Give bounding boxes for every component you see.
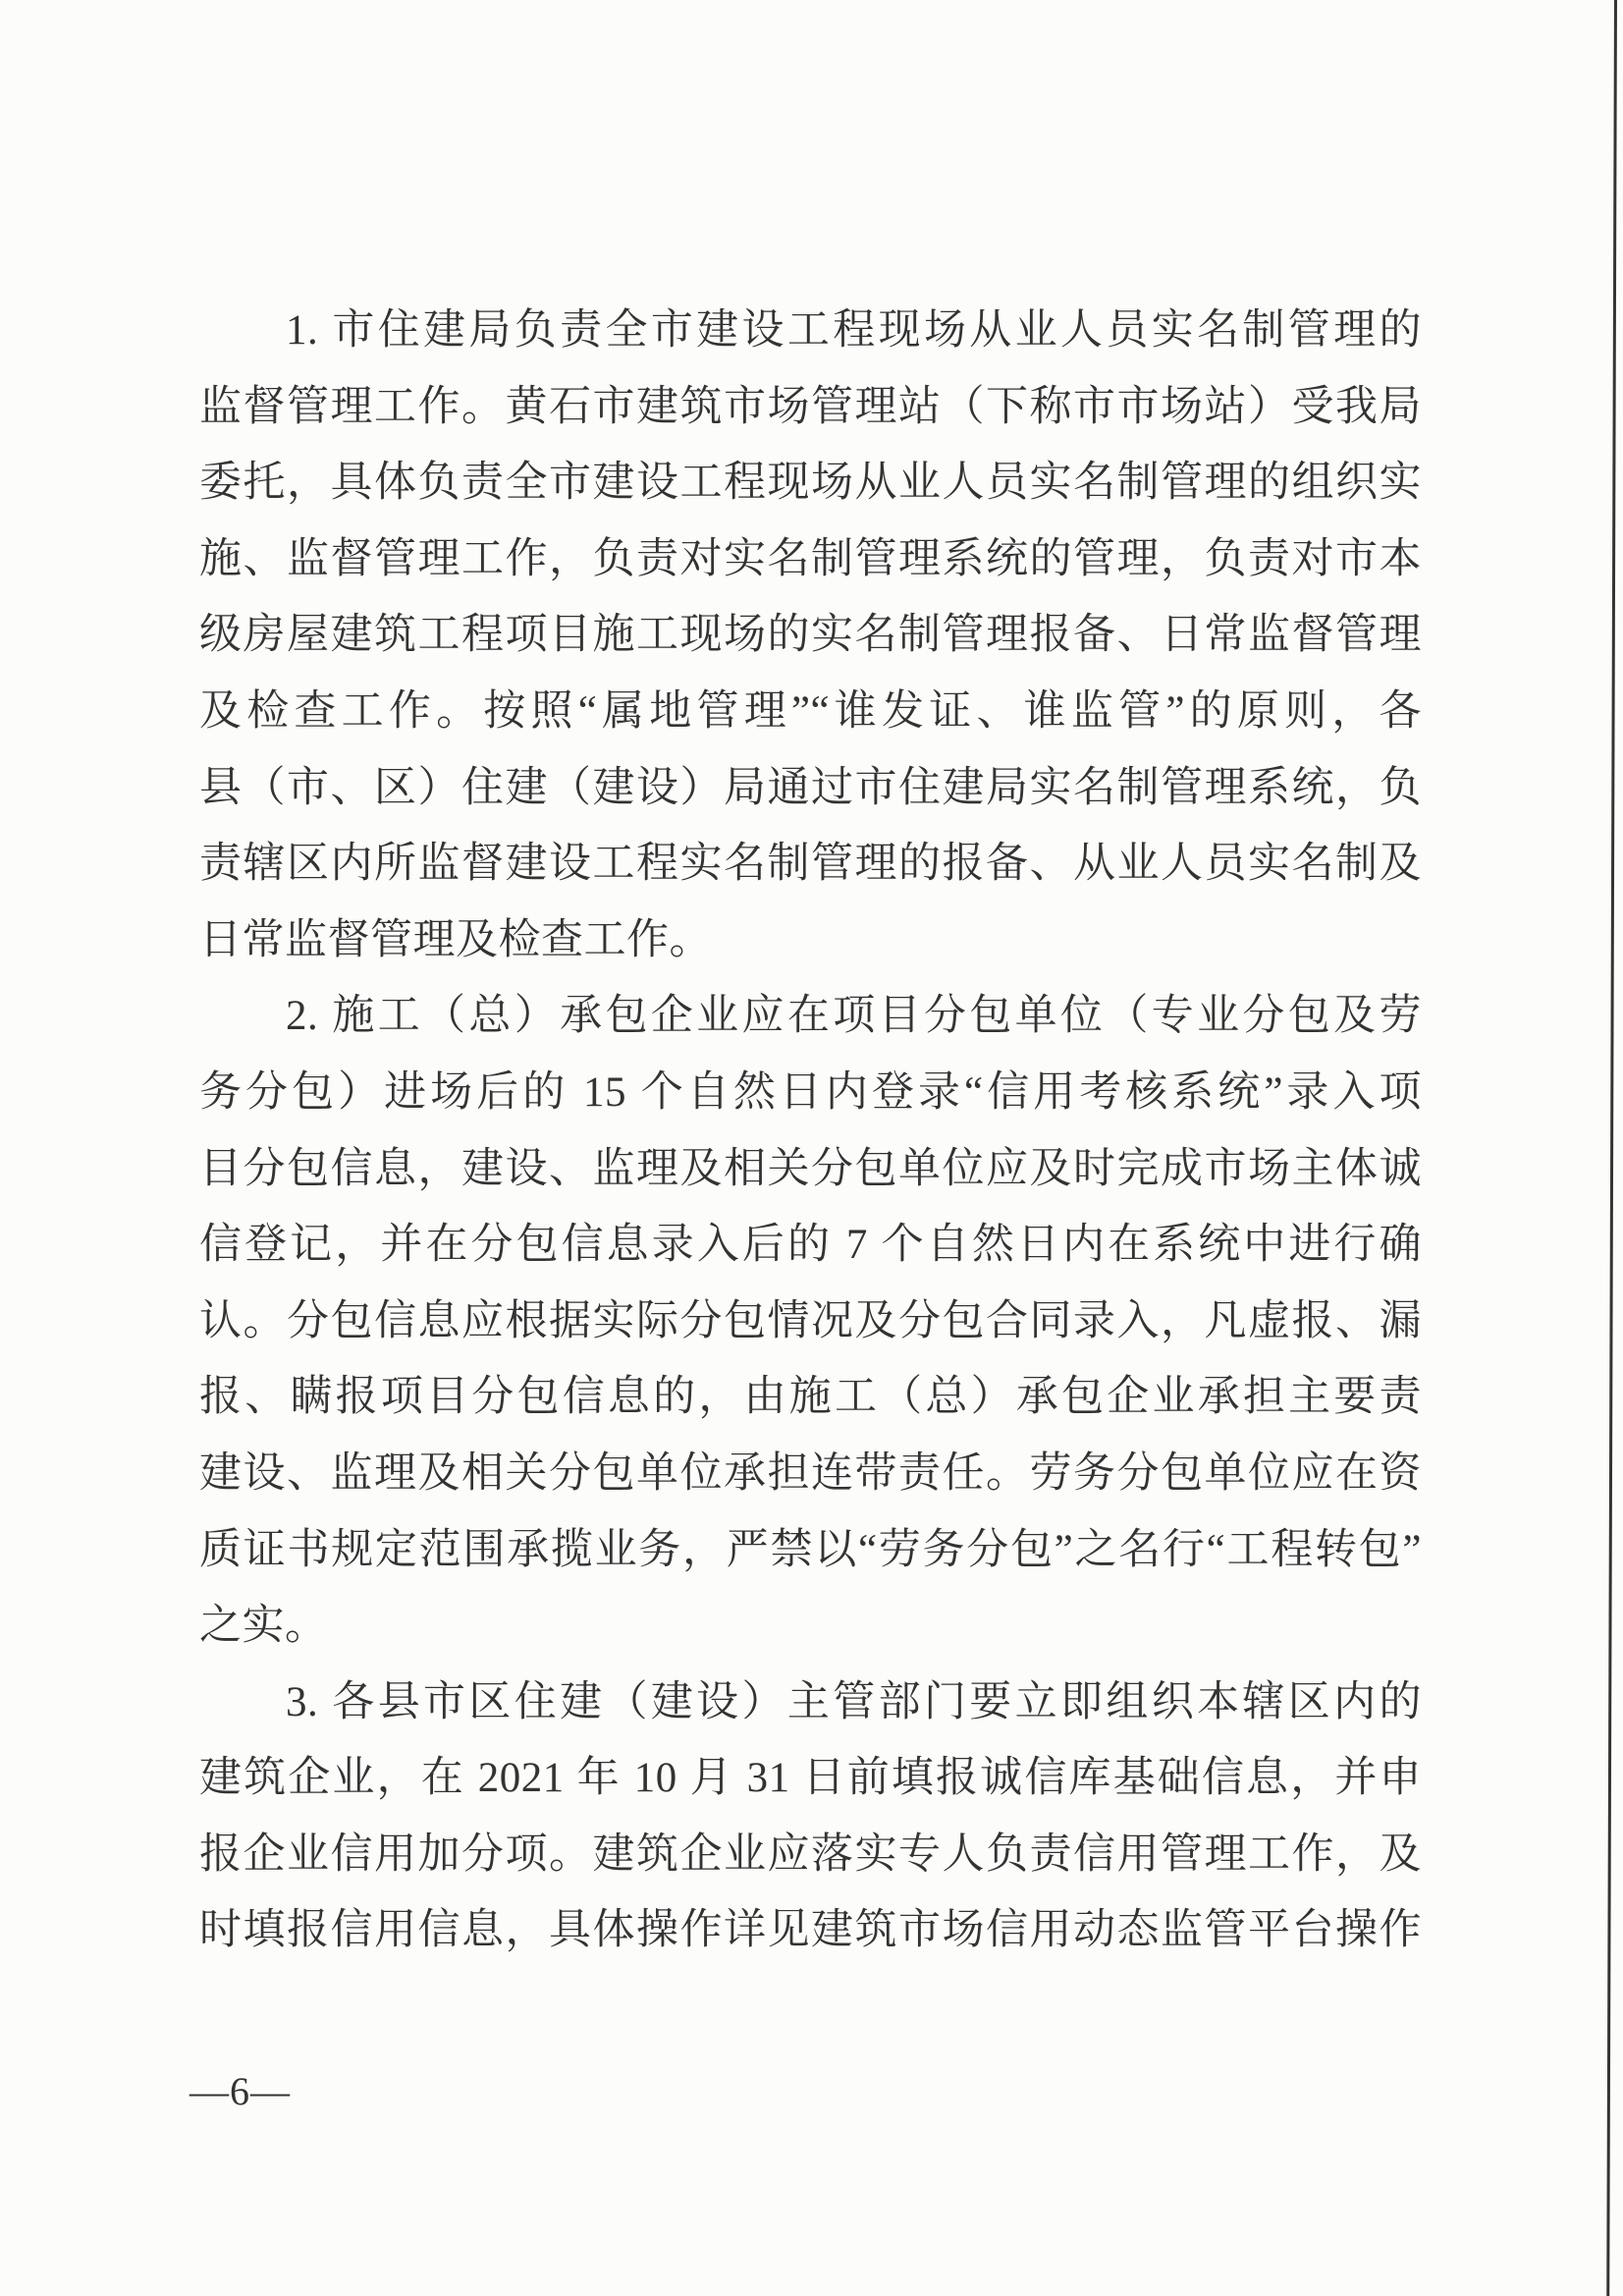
page-number: —6— (189, 2069, 291, 2114)
document-body: 1. 市住建局负责全市建设工程现场从业人员实名制管理的监督管理工作。黄石市建筑市… (199, 293, 1422, 1969)
text-line-1: 1. 市住建局负责全市建设工程现场从业人员实名制管理的 (199, 293, 1422, 369)
text-line-17: 质证书规定范围承揽业务，严禁以“劳务分包”之名行“工程转包” (199, 1512, 1422, 1589)
text-line-14: 认。分包信息应根据实际分包情况及分包合同录入，凡虚报、漏 (199, 1284, 1422, 1360)
text-line-18: 之实。 (199, 1588, 1422, 1665)
text-line-3: 委托，具体负责全市建设工程现场从业人员实名制管理的组织实 (199, 445, 1422, 521)
text-line-10: 2. 施工（总）承包企业应在项目分包单位（专业分包及劳 (199, 978, 1422, 1055)
text-line-22: 时填报信用信息，具体操作详见建筑市场信用动态监管平台操作 (199, 1892, 1422, 1969)
text-line-8: 责辖区内所监督建设工程实名制管理的报备、从业人员实名制及 (199, 826, 1422, 902)
text-line-15: 报、瞒报项目分包信息的，由施工（总）承包企业承担主要责任， (199, 1359, 1422, 1436)
text-line-12: 目分包信息，建设、监理及相关分包单位应及时完成市场主体诚 (199, 1131, 1422, 1208)
text-line-16: 建设、监理及相关分包单位承担连带责任。劳务分包单位应在资 (199, 1436, 1422, 1512)
text-line-21: 报企业信用加分项。建筑企业应落实专人负责信用管理工作，及 (199, 1817, 1422, 1893)
scanned-document-page: 1. 市住建局负责全市建设工程现场从业人员实名制管理的监督管理工作。黄石市建筑市… (0, 0, 1623, 2296)
text-line-11: 务分包）进场后的 15 个自然日内登录“信用考核系统”录入项 (199, 1055, 1422, 1131)
text-line-7: 县（市、区）住建（建设）局通过市住建局实名制管理系统，负 (199, 750, 1422, 827)
text-line-9: 日常监督管理及检查工作。 (199, 902, 1422, 979)
text-line-5: 级房屋建筑工程项目施工现场的实名制管理报备、日常监督管理 (199, 597, 1422, 674)
text-line-20: 建筑企业，在 2021 年 10 月 31 日前填报诚信库基础信息，并申 (199, 1740, 1422, 1817)
text-line-2: 监督管理工作。黄石市建筑市场管理站（下称市市场站）受我局 (199, 369, 1422, 446)
scan-artifact-vertical-line (1606, 0, 1617, 2296)
text-line-13: 信登记，并在分包信息录入后的 7 个自然日内在系统中进行确 (199, 1207, 1422, 1284)
text-line-4: 施、监督管理工作，负责对实名制管理系统的管理，负责对市本 (199, 521, 1422, 598)
text-line-6: 及检查工作。按照“属地管理”“谁发证、谁监管”的原则，各 (199, 674, 1422, 750)
text-line-19: 3. 各县市区住建（建设）主管部门要立即组织本辖区内的 (199, 1665, 1422, 1741)
